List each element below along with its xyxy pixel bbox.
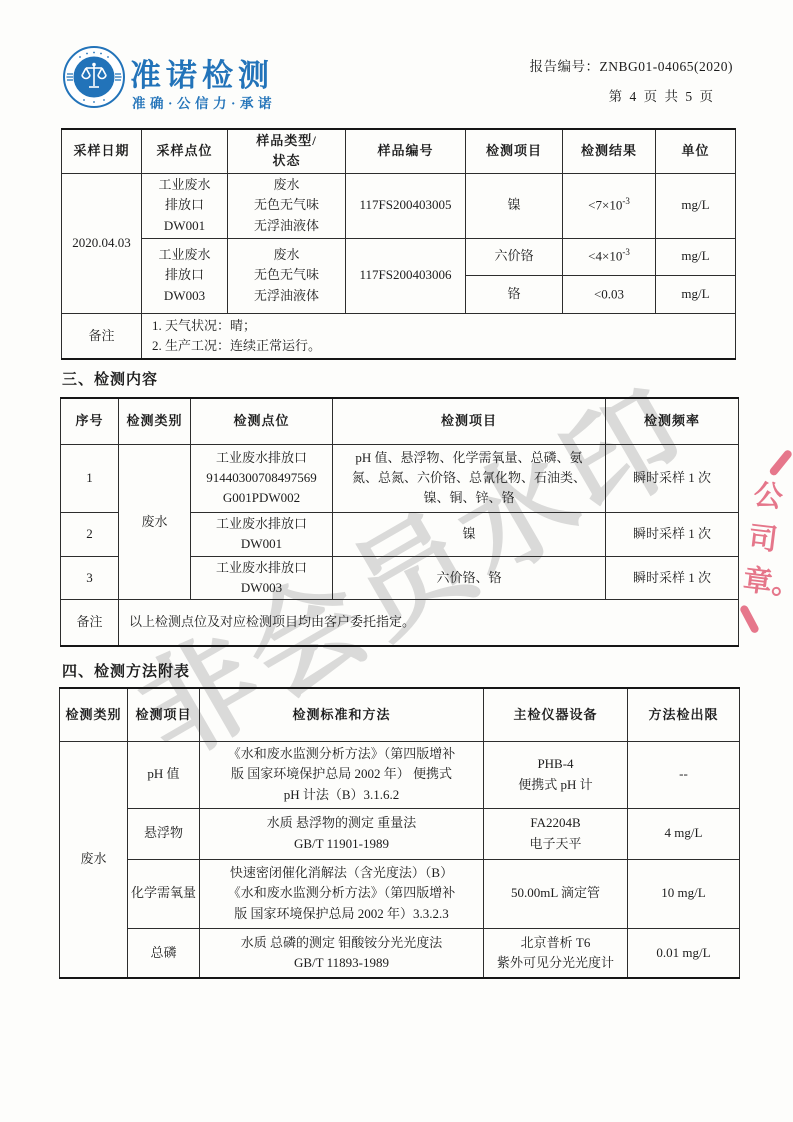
column-header: 检测项目 <box>128 688 200 741</box>
remark-content: 以上检测点位及对应检测项目均由客户委托指定。 <box>119 599 739 646</box>
test-result-cell: <4×10-3 <box>563 238 656 275</box>
frequency-cell: 瞬时采样 1 次 <box>606 512 739 556</box>
result-value: <7×10 <box>588 198 622 213</box>
category-cell: 废水 <box>60 741 128 978</box>
row-number-cell: 2 <box>61 512 119 556</box>
column-header: 单位 <box>656 129 736 173</box>
column-header: 检测频率 <box>606 398 739 444</box>
test-item-cell: 铬 <box>466 275 563 313</box>
section-title-content: 三、检测内容 <box>62 368 158 389</box>
table-row: 1 废水 工业废水排放口 91440300708497569 G001PDW00… <box>61 444 739 512</box>
method-cell: 水质 悬浮物的测定 重量法 GB/T 11901-1989 <box>200 808 484 859</box>
test-items-cell: 镍 <box>333 512 606 556</box>
brand-tagline: 准确·公信力·承诺 <box>132 92 276 112</box>
test-item-cell: 总磷 <box>128 928 200 978</box>
remark-label: 备注 <box>62 313 142 359</box>
detection-limit-cell: 0.01 mg/L <box>628 928 740 978</box>
test-item-cell: 六价铬 <box>466 238 563 275</box>
table-row: 工业废水 排放口 DW003 废水 无色无气味 无浮油液体 117FS20040… <box>62 238 736 275</box>
method-cell: 快速密闭催化消解法（含光度法）（B） 《水和废水监测分析方法》（第四版增补 版 … <box>200 859 484 928</box>
monitor-point-cell: 工业废水排放口 DW001 <box>191 512 333 556</box>
table-row: 总磷 水质 总磷的测定 钼酸铵分光光度法 GB/T 11893-1989 北京普… <box>60 928 740 978</box>
sample-type-cell: 废水 无色无气味 无浮油液体 <box>228 238 346 313</box>
stamp-stroke <box>739 604 760 634</box>
column-header: 序号 <box>61 398 119 444</box>
page-indicator: 第 4 页 共 5 页 <box>530 85 734 105</box>
sampling-date-cell: 2020.04.03 <box>62 173 142 313</box>
method-cell: 《水和废水监测分析方法》（第四版增补 版 国家环境保护总局 2002 年） 便携… <box>200 741 484 808</box>
row-number-cell: 3 <box>61 556 119 599</box>
monitor-point-cell: 工业废水排放口 DW003 <box>191 556 333 599</box>
test-item-cell: 化学需氧量 <box>128 859 200 928</box>
report-page: 准诺检测 准确·公信力·承诺 报告编号：ZNBG01-04065(2020) 第… <box>0 0 793 1122</box>
sample-type-cell: 废水 无色无气味 无浮油液体 <box>228 173 346 238</box>
table-row: 废水 pH 值 《水和废水监测分析方法》（第四版增补 版 国家环境保护总局 20… <box>60 741 740 808</box>
scales-logo-icon <box>62 45 126 109</box>
column-header: 检测类别 <box>60 688 128 741</box>
sampling-results-table: 采样日期 采样点位 样品类型/ 状态 样品编号 检测项目 检测结果 单位 202… <box>61 128 736 360</box>
sample-code-cell: 117FS200403005 <box>346 173 466 238</box>
test-items-cell: 六价铬、铬 <box>333 556 606 599</box>
column-header: 检测标准和方法 <box>200 688 484 741</box>
detection-limit-cell: 4 mg/L <box>628 808 740 859</box>
table-row: 化学需氧量 快速密闭催化消解法（含光度法）（B） 《水和废水监测分析方法》（第四… <box>60 859 740 928</box>
frequency-cell: 瞬时采样 1 次 <box>606 556 739 599</box>
result-value: <0.03 <box>594 286 624 301</box>
brand-name: 准诺检测 <box>130 50 274 95</box>
result-exponent: -3 <box>622 196 630 206</box>
table-header-row: 采样日期 采样点位 样品类型/ 状态 样品编号 检测项目 检测结果 单位 <box>62 129 736 173</box>
company-logo <box>62 45 126 109</box>
test-result-cell: <0.03 <box>563 275 656 313</box>
unit-cell: mg/L <box>656 173 736 238</box>
table-header-row: 检测类别 检测项目 检测标准和方法 主检仪器设备 方法检出限 <box>60 688 740 741</box>
report-meta: 报告编号：ZNBG01-04065(2020) 第 4 页 共 5 页 <box>530 55 734 105</box>
column-header: 检测项目 <box>466 129 563 173</box>
instrument-cell: PHB-4 便携式 pH 计 <box>484 741 628 808</box>
table-row: 2020.04.03 工业废水 排放口 DW001 废水 无色无气味 无浮油液体… <box>62 173 736 238</box>
category-cell: 废水 <box>119 444 191 599</box>
frequency-cell: 瞬时采样 1 次 <box>606 444 739 512</box>
stamp-char: 公 <box>751 476 785 518</box>
test-item-cell: 悬浮物 <box>128 808 200 859</box>
column-header: 检测项目 <box>333 398 606 444</box>
test-method-table: 检测类别 检测项目 检测标准和方法 主检仪器设备 方法检出限 废水 pH 值 《… <box>59 687 740 979</box>
column-header: 主检仪器设备 <box>484 688 628 741</box>
method-cell: 水质 总磷的测定 钼酸铵分光光度法 GB/T 11893-1989 <box>200 928 484 978</box>
column-header: 检测类别 <box>119 398 191 444</box>
monitor-point-cell: 工业废水排放口 91440300708497569 G001PDW002 <box>191 444 333 512</box>
remark-row: 备注 1. 天气状况：晴； 2. 生产工况：连续正常运行。 <box>62 313 736 359</box>
table-header-row: 序号 检测类别 检测点位 检测项目 检测频率 <box>61 398 739 444</box>
result-value: <4×10 <box>588 249 622 264</box>
unit-cell: mg/L <box>656 275 736 313</box>
column-header: 方法检出限 <box>628 688 740 741</box>
column-header: 检测结果 <box>563 129 656 173</box>
unit-cell: mg/L <box>656 238 736 275</box>
report-number: 报告编号：ZNBG01-04065(2020) <box>530 55 734 75</box>
test-item-cell: pH 值 <box>128 741 200 808</box>
column-header: 样品类型/ 状态 <box>228 129 346 173</box>
column-header: 样品编号 <box>346 129 466 173</box>
sampling-point-cell: 工业废水 排放口 DW003 <box>142 238 228 313</box>
remark-row: 备注 以上检测点位及对应检测项目均由客户委托指定。 <box>61 599 739 646</box>
test-item-cell: 镍 <box>466 173 563 238</box>
test-items-cell: pH 值、悬浮物、化学需氧量、总磷、氨 氮、总氮、六价铬、总氰化物、石油类、 镍… <box>333 444 606 512</box>
column-header: 采样日期 <box>62 129 142 173</box>
sample-code-cell: 117FS200403006 <box>346 238 466 313</box>
test-content-table: 序号 检测类别 检测点位 检测项目 检测频率 1 废水 工业废水排放口 9144… <box>60 397 739 647</box>
remark-content: 1. 天气状况：晴； 2. 生产工况：连续正常运行。 <box>142 313 736 359</box>
stamp-char: 章。 <box>741 561 793 607</box>
stamp-char: 司 <box>746 519 780 561</box>
row-number-cell: 1 <box>61 444 119 512</box>
table-row: 悬浮物 水质 悬浮物的测定 重量法 GB/T 11901-1989 FA2204… <box>60 808 740 859</box>
test-result-cell: <7×10-3 <box>563 173 656 238</box>
section-title-method: 四、检测方法附表 <box>62 660 190 681</box>
instrument-cell: 北京普析 T6 紫外可见分光光度计 <box>484 928 628 978</box>
detection-limit-cell: -- <box>628 741 740 808</box>
remark-label: 备注 <box>61 599 119 646</box>
sampling-point-cell: 工业废水 排放口 DW001 <box>142 173 228 238</box>
instrument-cell: FA2204B 电子天平 <box>484 808 628 859</box>
column-header: 检测点位 <box>191 398 333 444</box>
instrument-cell: 50.00mL 滴定管 <box>484 859 628 928</box>
stamp-stroke <box>768 449 793 477</box>
detection-limit-cell: 10 mg/L <box>628 859 740 928</box>
column-header: 采样点位 <box>142 129 228 173</box>
result-exponent: -3 <box>622 247 630 257</box>
